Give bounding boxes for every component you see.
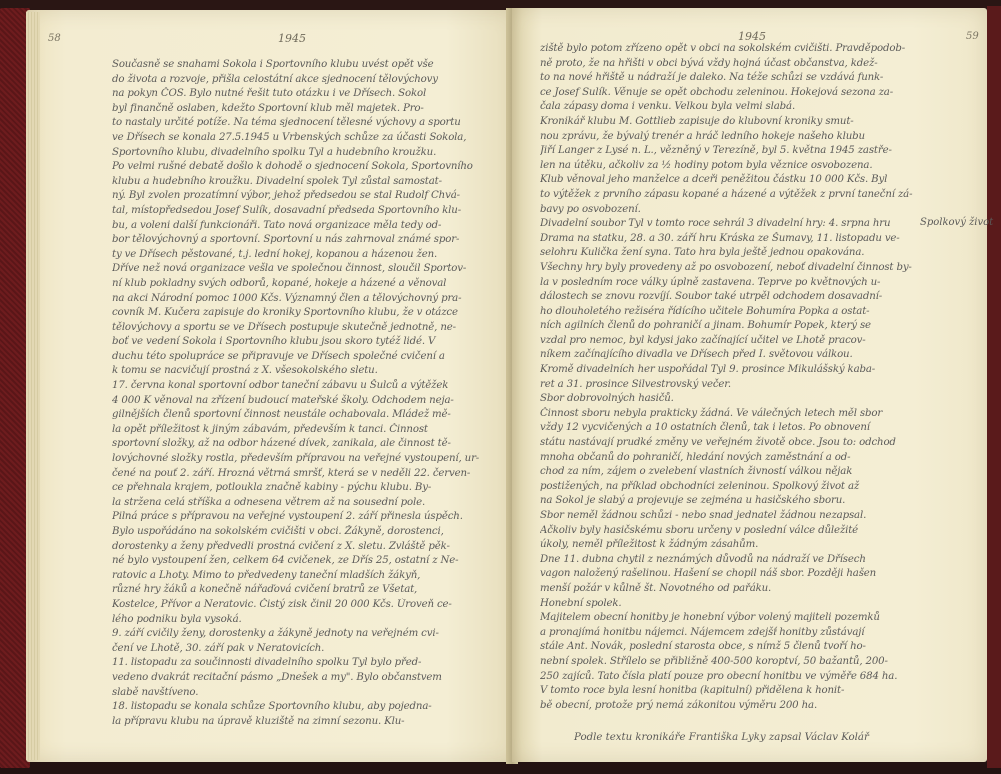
text-line: státu nastávají prudké změny ve veřejném… bbox=[540, 436, 922, 451]
year-header-left: 1945 bbox=[278, 32, 306, 45]
text-line: na pokyn ČOS. Bylo nutné řešit tuto otáz… bbox=[112, 87, 508, 102]
text-line: lého podniku byla vysoká. bbox=[112, 613, 508, 628]
text-line: la přípravu klubu na úpravě kluziště na … bbox=[112, 715, 508, 730]
text-line: né bylo vystoupení žen, celkem 64 cvičen… bbox=[112, 554, 508, 569]
text-line: Kromě divadelních her uspořádal Tyl 9. p… bbox=[540, 363, 922, 378]
text-line: ně proto, že na hřišti v obci bývá vždy … bbox=[540, 57, 922, 72]
text-line: to výtěžek z prvního zápasu kopané a ház… bbox=[540, 188, 922, 203]
text-line: vzdal pro nemoc, byl kdysi jako začínají… bbox=[540, 334, 922, 349]
text-line: la stržena celá stříška a odnesena větre… bbox=[112, 496, 508, 511]
text-line: dálostech se znovu rozvíjí. Soubor také … bbox=[540, 290, 922, 305]
text-line: různé hry žáků a konečně nářaďová cvičen… bbox=[112, 583, 508, 598]
text-line: lovýchovné složky rostla, především příp… bbox=[112, 452, 508, 467]
text-line: selohru Kulička žení syna. Tato hra byla… bbox=[540, 246, 922, 261]
text-line: čené na pouť 2. září. Hrozná větrná smrš… bbox=[112, 467, 508, 482]
text-line: ve Dřísech se konala 27.5.1945 u Vrbensk… bbox=[112, 131, 508, 146]
text-line: ní klub pokladny svých odborů, kopané, h… bbox=[112, 277, 508, 292]
text-line: do života a rozvoje, přišla celostátní a… bbox=[112, 73, 508, 88]
right-page: 1945 59 ziště bylo potom zřízeno opět v … bbox=[512, 8, 987, 762]
text-line: bě obecní, protože prý nemá zákonitou vý… bbox=[540, 699, 922, 714]
text-line: 250 zajíců. Tato čísla platí pouze pro o… bbox=[540, 670, 922, 685]
text-line: bor tělovýchovný a sportovní. Sportovní … bbox=[112, 233, 508, 248]
text-line: tělovýchovy a sportu se ve Dřísech postu… bbox=[112, 321, 508, 336]
text-line: to na nové hřiště u nádraží je daleko. N… bbox=[540, 71, 922, 86]
text-line: vedeno dvakrát recitační pásmo „Dnešek a… bbox=[112, 671, 508, 686]
text-line: vždy 12 vycvičených a 10 ostatních členů… bbox=[540, 421, 922, 436]
text-line: stále Ant. Novák, poslední starosta obce… bbox=[540, 640, 922, 655]
text-line: Ačkoliv byly hasičskému sboru určeny v p… bbox=[540, 524, 922, 539]
left-page-text: Současně se snahami Sokola i Sportovního… bbox=[112, 58, 508, 729]
page-number-right: 59 bbox=[966, 31, 979, 42]
text-line: la opět příležitost k jiným zábavám, pře… bbox=[112, 423, 508, 438]
text-line: byl finančně oslaben, kdežto Sportovní k… bbox=[112, 102, 508, 117]
text-line: Současně se snahami Sokola i Sportovního… bbox=[112, 58, 508, 73]
text-line: Všechny hry byly provedeny až po osvoboz… bbox=[540, 261, 922, 276]
text-line: postižených, na příklad obchodníci zelen… bbox=[540, 480, 922, 495]
text-line: Divadelní soubor Tyl v tomto roce sehrál… bbox=[540, 217, 922, 232]
text-line: na akci Národní pomoc 1000 Kčs. Významný… bbox=[112, 292, 508, 307]
text-line: Sportovního klubu, divadelního spolku Ty… bbox=[112, 146, 508, 161]
text-line: Činnost sboru nebyla prakticky žádná. Ve… bbox=[540, 407, 922, 422]
text-line: 4 000 K věnoval na zřízení budoucí mateř… bbox=[112, 394, 508, 409]
text-line: covník M. Kučera zapisuje do kroniky Spo… bbox=[112, 306, 508, 321]
left-page-edges bbox=[26, 12, 40, 760]
chronicle-signature: Podle textu kronikáře Františka Lyky zap… bbox=[574, 732, 869, 743]
text-line: ce přehnala krajem, potloukla značně kab… bbox=[112, 481, 508, 496]
margin-note: Spolkový život bbox=[920, 217, 993, 228]
text-line: mnoha občanů do pohraničí, hledání novýc… bbox=[540, 451, 922, 466]
text-line: 11. listopadu za součinnosti divadelního… bbox=[112, 656, 508, 671]
text-line: chod za ním, zájem o zvelebení vlastních… bbox=[540, 465, 922, 480]
text-line: dorostenky a ženy předvedli prostná cvič… bbox=[112, 540, 508, 555]
text-line: menší požár v kůlně št. Novotného od pař… bbox=[540, 582, 922, 597]
text-line: bavy po osvobození. bbox=[540, 203, 922, 218]
left-page: 58 1945 Současně se snahami Sokola i Spo… bbox=[26, 10, 518, 762]
text-line: Kronikář klubu M. Gottlieb zapisuje do k… bbox=[540, 115, 922, 130]
text-line: ný. Byl zvolen prozatímní výbor, jehož p… bbox=[112, 189, 508, 204]
text-line: V tomto roce byla lesní honitba (kapitul… bbox=[540, 684, 922, 699]
text-line: níkem začínajícího divadla ve Dřísech př… bbox=[540, 348, 922, 363]
text-line: čala zápasy doma i venku. Velkou byla ve… bbox=[540, 100, 922, 115]
text-line: to nastaly určité potíže. Na téma sjedno… bbox=[112, 116, 508, 131]
text-line: boť ve vedení Sokola i Sportovního klubu… bbox=[112, 335, 508, 350]
text-line: duchu této spolupráce se připravuje ve D… bbox=[112, 350, 508, 365]
paper-speck bbox=[774, 628, 777, 632]
text-line: 9. září cvičily ženy, dorostenky a žákyn… bbox=[112, 627, 508, 642]
text-line: Majitelem obecní honitby je honební výbo… bbox=[540, 611, 922, 626]
text-line: 17. června konal sportovní odbor taneční… bbox=[112, 379, 508, 394]
text-line: Sbor dobrovolných hasičů. bbox=[540, 392, 922, 407]
text-line: Po velmi rušné debatě došlo k dohodě o s… bbox=[112, 160, 508, 175]
text-line: a pronajímá honitbu nájemci. Nájemcem zd… bbox=[540, 626, 922, 641]
text-line: ho dlouholetého režiséra řídícího učitel… bbox=[540, 305, 922, 320]
text-line: gilnějších členů sportovní činnost neust… bbox=[112, 408, 508, 423]
page-number-left: 58 bbox=[48, 33, 61, 44]
text-line: bu, a voleni další funkcionáři. Tato nov… bbox=[112, 219, 508, 234]
text-line: ních agilních členů do pohraničí a jinam… bbox=[540, 319, 922, 334]
text-line: ce Josef Sulík. Věnuje se opět obchodu z… bbox=[540, 86, 922, 101]
text-line: len na útěku, ačkoliv za ½ hodiny potom … bbox=[540, 159, 922, 174]
text-line: Klub věnoval jeho manželce a dceři peněž… bbox=[540, 173, 922, 188]
text-line: Drama na statku, 28. a 30. září hru Krás… bbox=[540, 232, 922, 247]
text-line: nou zprávu, že bývalý trenér a hráč ledn… bbox=[540, 130, 922, 145]
text-line: vagon naložený rašelinou. Hašení se chop… bbox=[540, 567, 922, 582]
text-line: ziště bylo potom zřízeno opět v obci na … bbox=[540, 42, 922, 57]
text-line: ty ve Dřísech pěstované, t.j. lední hoke… bbox=[112, 248, 508, 263]
text-line: sportovní složky, až na odbor házené dív… bbox=[112, 437, 508, 452]
text-line: nební spolek. Střílelo se přibližně 400-… bbox=[540, 655, 922, 670]
text-line: k tomu se nacvičují prostná z X. všesoko… bbox=[112, 364, 508, 379]
right-page-text: ziště bylo potom zřízeno opět v obci na … bbox=[540, 42, 922, 713]
book-cover-right-edge bbox=[987, 6, 1001, 768]
text-line: ratovic a Lhoty. Mimo to předvedeny tane… bbox=[112, 569, 508, 584]
text-line: Sbor neměl žádnou schůzi - nebo snad jed… bbox=[540, 509, 922, 524]
text-line: Pilná práce s přípravou na veřejné vysto… bbox=[112, 510, 508, 525]
text-line: Dříve než nová organizace vešla ve spole… bbox=[112, 262, 508, 277]
text-line: tal, místopředsedou Josef Sulík, dosavad… bbox=[112, 204, 508, 219]
text-line: na Sokol je slabý a projevuje se zejména… bbox=[540, 494, 922, 509]
text-line: 18. listopadu se konala schůze Sportovní… bbox=[112, 700, 508, 715]
text-line: Kostelce, Přívor a Neratovic. Čistý zisk… bbox=[112, 598, 508, 613]
text-line: la v posledním roce války úplně zastaven… bbox=[540, 276, 922, 291]
text-line: úkoly, neměl příležitost k žádným zásahů… bbox=[540, 538, 922, 553]
text-line: Bylo uspořádáno na sokolském cvičišti v … bbox=[112, 525, 508, 540]
text-line: Honební spolek. bbox=[540, 597, 922, 612]
text-line: slabě navštíveno. bbox=[112, 686, 508, 701]
text-line: Dne 11. dubna chytil z neznámých důvodů … bbox=[540, 553, 922, 568]
text-line: čení ve Lhotě, 30. září pak v Neratovicí… bbox=[112, 642, 508, 657]
text-line: klubu a hudebního kroužku. Divadelní spo… bbox=[112, 175, 508, 190]
text-line: ret a 31. prosince Silvestrovský večer. bbox=[540, 378, 922, 393]
text-line: Jiří Langer z Lysé n. L., vězněný v Tere… bbox=[540, 144, 922, 159]
